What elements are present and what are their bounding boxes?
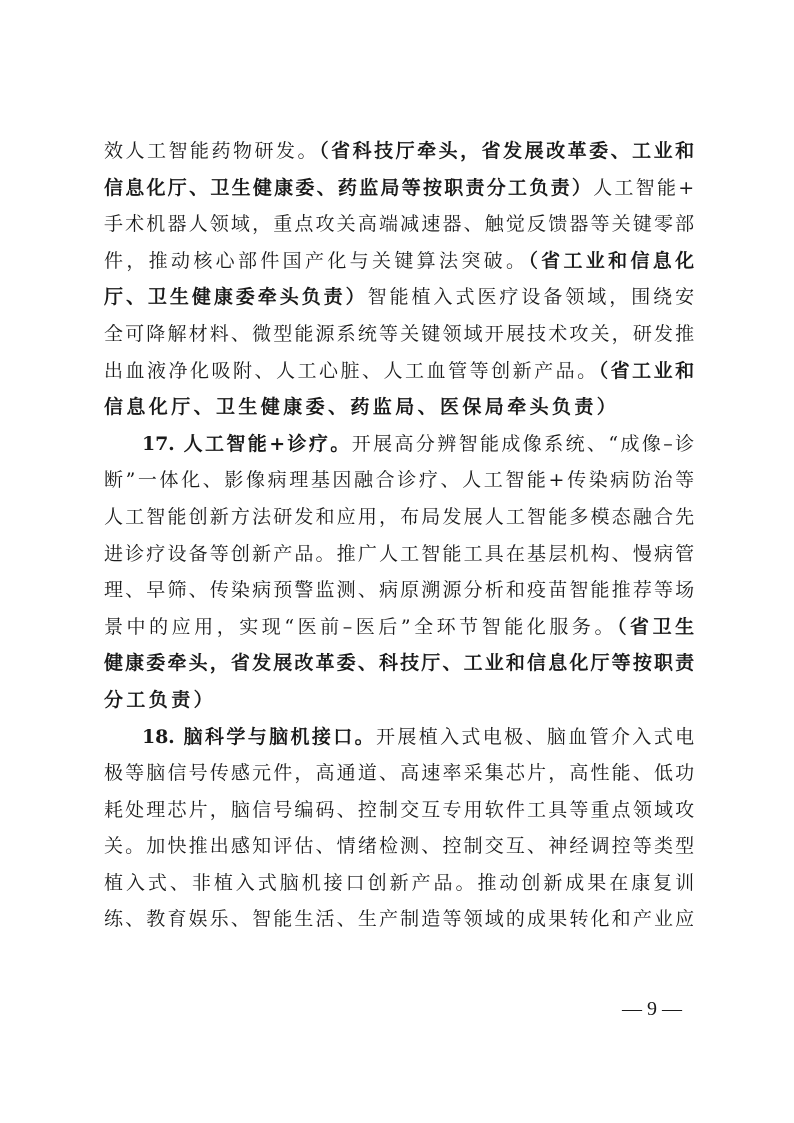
- responsibility-note: 健康委牵头，省发展改革委、科技厅、工业和信息化厅等按职责: [104, 652, 694, 674]
- text-run: 全可降解材料、微型能源系统等关键领域开展技术攻关，研发推: [104, 323, 694, 345]
- text-run: 开展植入式电极、脑血管介入式电: [376, 726, 694, 748]
- text-run: 景中的应用，实现“医前–医后”全环节智能化服务。: [104, 616, 617, 638]
- text-line: 植入式、非植入式脑机接口创新产品。推动创新成果在康复训: [104, 865, 694, 902]
- responsibility-note: 信息化厅、卫生健康委、药监局、医保局牵头负责）: [104, 396, 619, 418]
- text-run: 效人工智能药物研发。: [104, 140, 319, 162]
- responsibility-note: （省工业和信息化: [528, 250, 694, 272]
- text-line: 信息化厅、卫生健康委、药监局、医保局牵头负责）: [104, 389, 694, 426]
- responsibility-note: （省科技厅牵头，省发展改革委、工业和: [319, 140, 694, 162]
- text-run: 植入式、非植入式脑机接口创新产品。推动创新成果在康复训: [104, 872, 694, 894]
- section-heading: 17. 人工智能+诊疗。: [142, 433, 352, 455]
- text-line: 件，推动核心部件国产化与关键算法突破。（省工业和信息化: [104, 243, 694, 280]
- responsibility-note: （省工业和: [599, 360, 694, 382]
- section-heading: 18. 脑科学与脑机接口。: [142, 726, 376, 748]
- text-run: 耗处理芯片，脑信号编码、控制交互专用软件工具等重点领域攻: [104, 799, 694, 821]
- responsibility-note: 分工负责）: [104, 689, 216, 711]
- body-text: 效人工智能药物研发。（省科技厅牵头，省发展改革委、工业和信息化厅、卫生健康委、药…: [104, 133, 694, 938]
- text-line: 健康委牵头，省发展改革委、科技厅、工业和信息化厅等按职责: [104, 645, 694, 682]
- text-line: 练、教育娱乐、智能生活、生产制造等领域的成果转化和产业应: [104, 901, 694, 938]
- text-line: 18. 脑科学与脑机接口。开展植入式电极、脑血管介入式电: [104, 719, 694, 756]
- text-run: 进诊疗设备等创新产品。推广人工智能工具在基层机构、慢病管: [104, 543, 694, 565]
- text-run: 出血液净化吸附、人工心脏、人工血管等创新产品。: [104, 360, 599, 382]
- text-run: 极等脑信号传感元件，高通道、高速率采集芯片，高性能、低功: [104, 762, 694, 784]
- text-line: 分工负责）: [104, 682, 694, 719]
- text-line: 效人工智能药物研发。（省科技厅牵头，省发展改革委、工业和: [104, 133, 694, 170]
- text-run: 断”一体化、影像病理基因融合诊疗、人工智能+传染病防治等: [104, 469, 694, 491]
- text-line: 17. 人工智能+诊疗。开展高分辨智能成像系统、“成像–诊: [104, 426, 694, 463]
- text-line: 人工智能创新方法研发和应用，布局发展人工智能多模态融合先: [104, 499, 694, 536]
- text-run: 人工智能+: [593, 177, 694, 199]
- responsibility-note: 信息化厅、卫生健康委、药监局等按职责分工负责）: [104, 177, 593, 199]
- text-line: 关。加快推出感知评估、情绪检测、控制交互、神经调控等类型: [104, 828, 694, 865]
- text-run: 人工智能创新方法研发和应用，布局发展人工智能多模态融合先: [104, 506, 694, 528]
- text-line: 耗处理芯片，脑信号编码、控制交互专用软件工具等重点领域攻: [104, 792, 694, 829]
- text-run: 练、教育娱乐、智能生活、生产制造等领域的成果转化和产业应: [104, 908, 694, 930]
- text-line: 断”一体化、影像病理基因融合诊疗、人工智能+传染病防治等: [104, 462, 694, 499]
- text-run: 件，推动核心部件国产化与关键算法突破。: [104, 250, 528, 272]
- text-line: 极等脑信号传感元件，高通道、高速率采集芯片，高性能、低功: [104, 755, 694, 792]
- document-page: 效人工智能药物研发。（省科技厅牵头，省发展改革委、工业和信息化厅、卫生健康委、药…: [0, 0, 794, 1123]
- text-line: 景中的应用，实现“医前–医后”全环节智能化服务。（省卫生: [104, 609, 694, 646]
- text-run: 开展高分辨智能成像系统、“成像–诊: [352, 433, 694, 455]
- text-line: 厅、卫生健康委牵头负责）智能植入式医疗设备领域，围绕安: [104, 279, 694, 316]
- text-line: 全可降解材料、微型能源系统等关键领域开展技术攻关，研发推: [104, 316, 694, 353]
- text-line: 理、早筛、传染病预警监测、病原溯源分析和疫苗智能推荐等场: [104, 572, 694, 609]
- text-line: 手术机器人领域，重点攻关高端减速器、触觉反馈器等关键零部: [104, 206, 694, 243]
- responsibility-note: 厅、卫生健康委牵头负责）: [104, 286, 368, 308]
- responsibility-note: （省卫生: [617, 616, 694, 638]
- page-number: — 9 —: [612, 998, 692, 1021]
- text-line: 信息化厅、卫生健康委、药监局等按职责分工负责）人工智能+: [104, 170, 694, 207]
- text-line: 进诊疗设备等创新产品。推广人工智能工具在基层机构、慢病管: [104, 536, 694, 573]
- text-run: 理、早筛、传染病预警监测、病原溯源分析和疫苗智能推荐等场: [104, 579, 694, 601]
- text-run: 手术机器人领域，重点攻关高端减速器、触觉反馈器等关键零部: [104, 213, 694, 235]
- text-line: 出血液净化吸附、人工心脏、人工血管等创新产品。（省工业和: [104, 353, 694, 390]
- text-run: 关。加快推出感知评估、情绪检测、控制交互、神经调控等类型: [104, 835, 694, 857]
- text-run: 智能植入式医疗设备领域，围绕安: [368, 286, 694, 308]
